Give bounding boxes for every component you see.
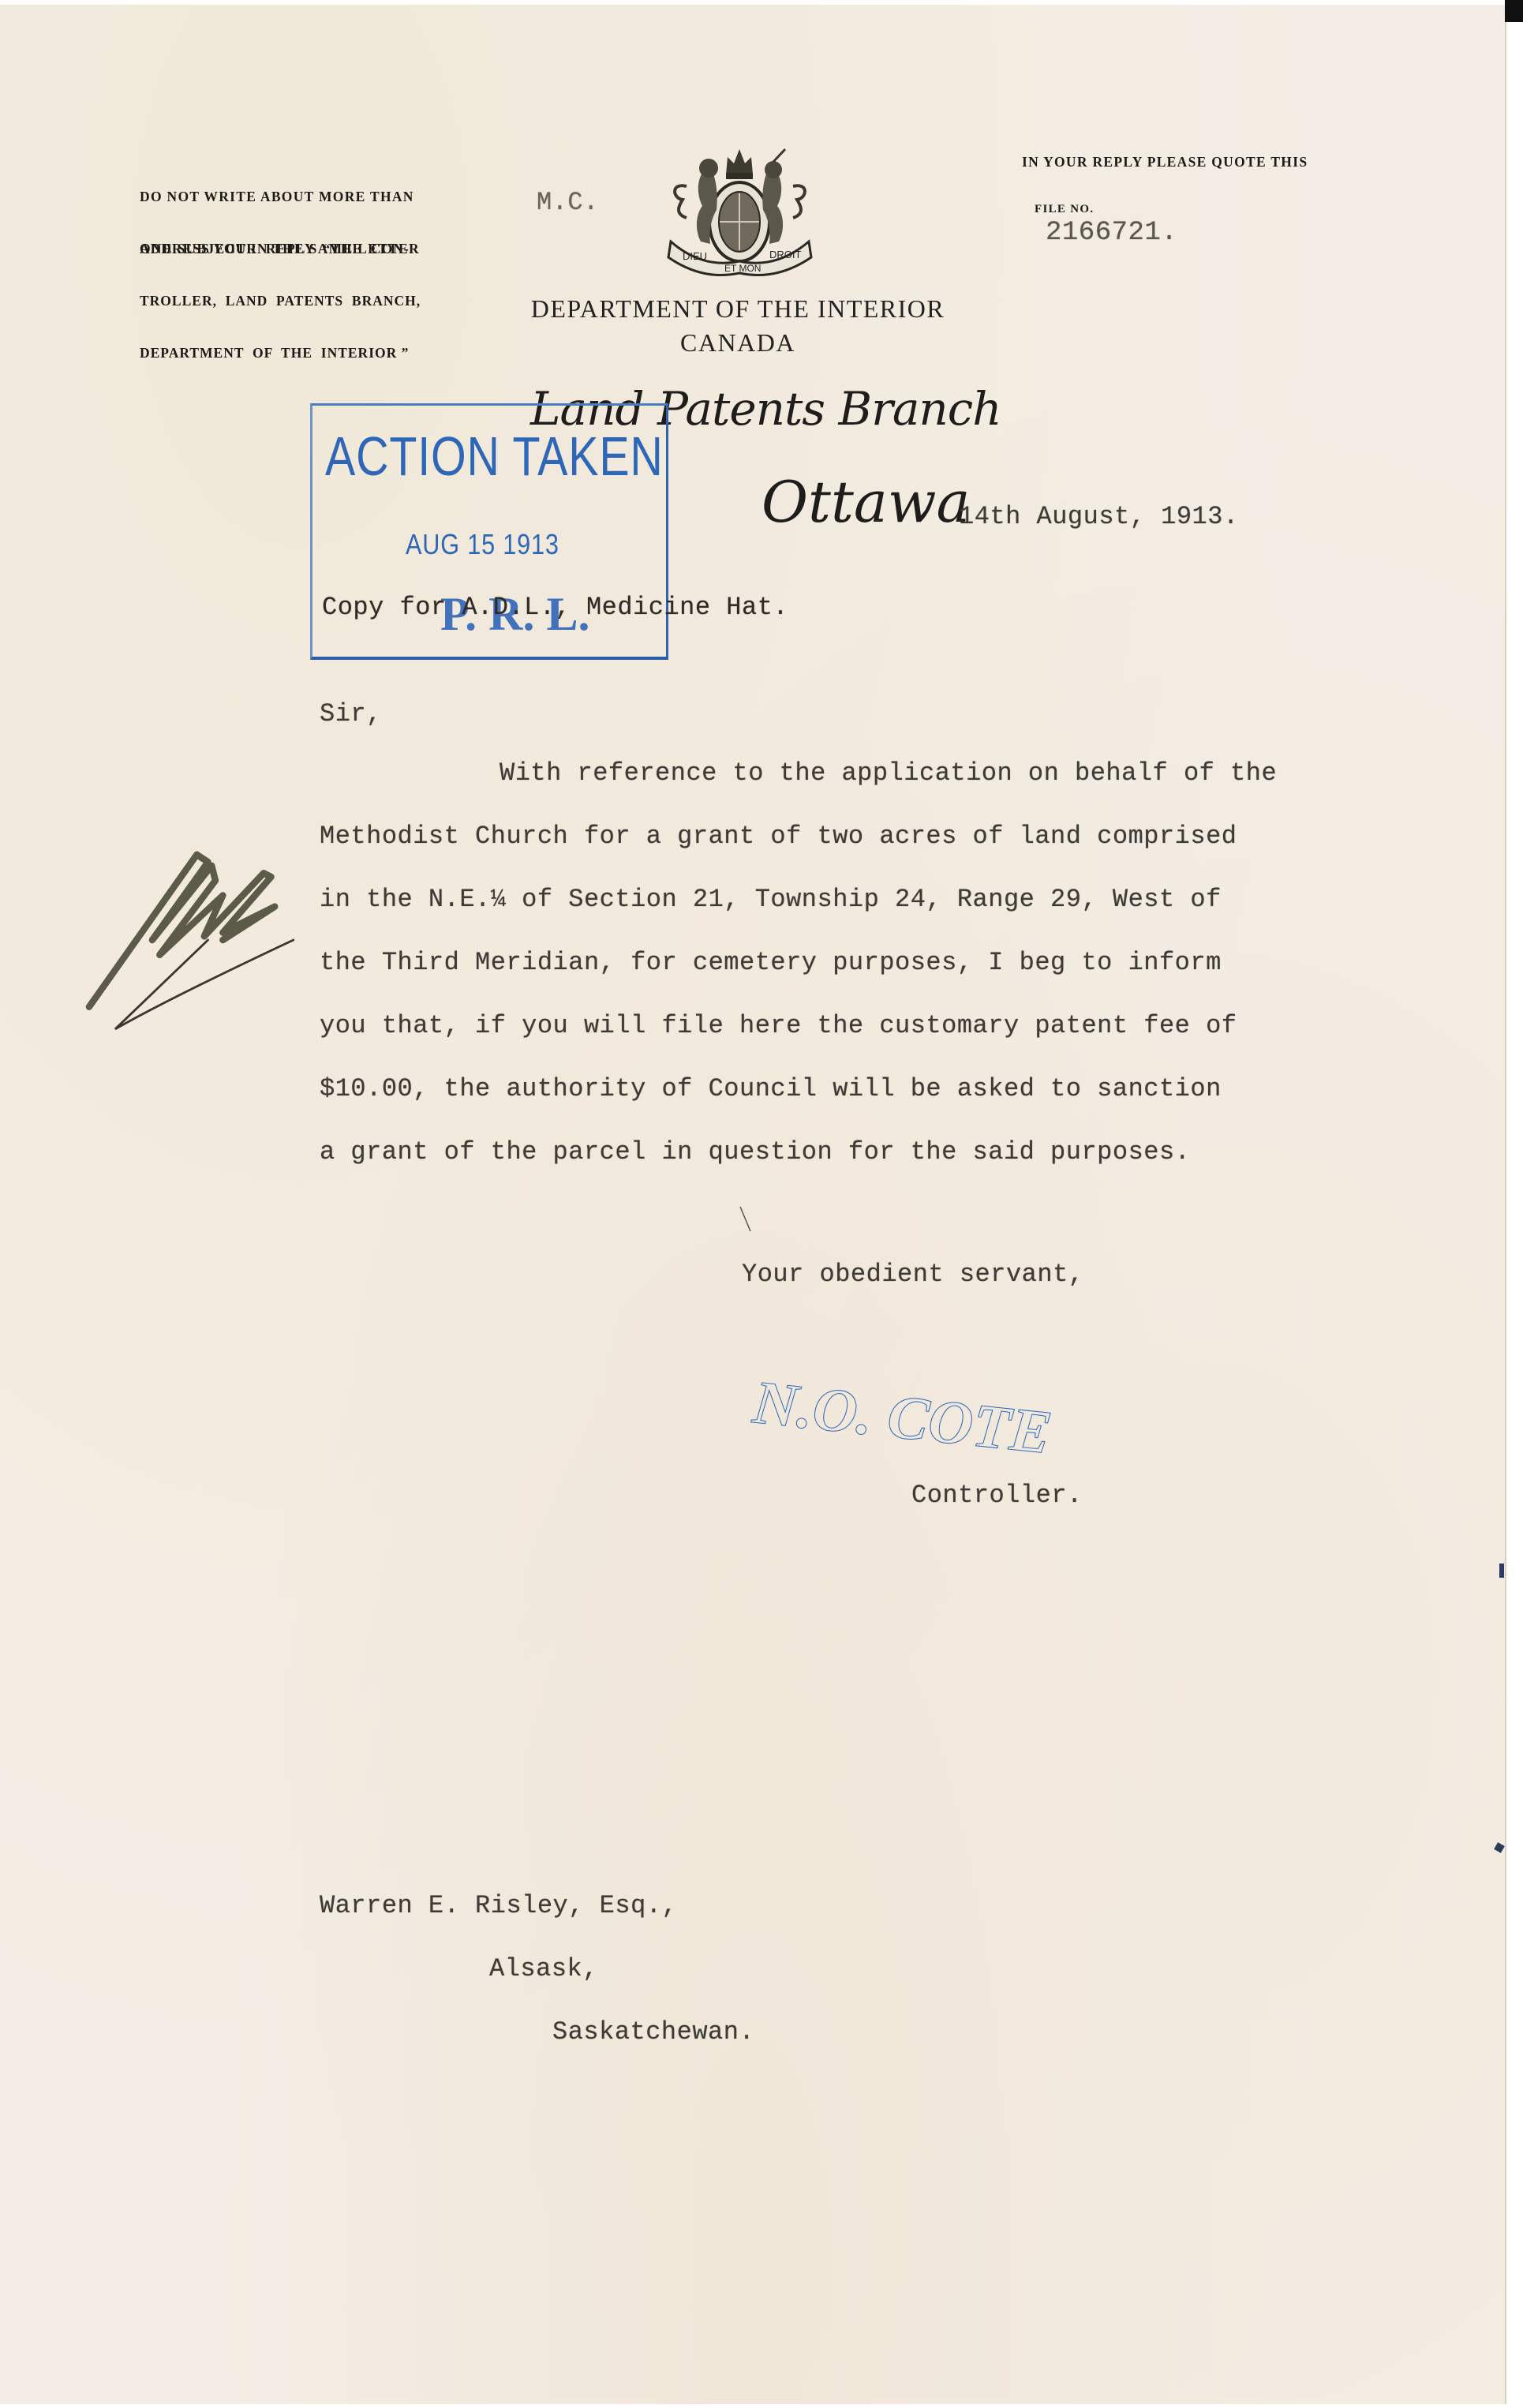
recipient-name: Warren E. Risley, Esq., [320, 1891, 677, 1920]
valediction: Your obedient servant, [742, 1260, 1083, 1289]
edge-mark [1499, 1564, 1504, 1578]
royal-coat-of-arms-icon: DIEU ET MON DROIT [655, 143, 825, 277]
body-line: $10.00, the authority of Council will be… [320, 1074, 1222, 1103]
left-address-instructions: ADDRESS YOUR REPLY “THE CON- TROLLER, LA… [140, 205, 421, 396]
file-label: FILE NO. [1035, 203, 1094, 215]
body-line: With reference to the application on beh… [500, 758, 1277, 788]
svg-text:DIEU: DIEU [683, 250, 707, 262]
body-line: you that, if you will file here the cust… [320, 1011, 1237, 1040]
dateline-date: 14th August, 1913. [959, 502, 1239, 531]
address-instruction-line: DEPARTMENT OF THE INTERIOR ” [140, 344, 421, 361]
salutation: Sir, [320, 699, 382, 728]
file-number-line: FILE NO. 2166721. [1022, 186, 1177, 262]
stamp-date: AUG 15 1913 [406, 528, 559, 561]
file-number: 2166721. [1046, 218, 1177, 248]
address-instruction-line: ADDRESS YOUR REPLY “THE CON- [140, 240, 421, 257]
country-title: CANADA [442, 328, 1034, 358]
recipient-town: Alsask, [489, 1954, 598, 1983]
stamp-title: ACTION TAKEN [325, 425, 664, 488]
right-notice: IN YOUR REPLY PLEASE QUOTE THIS [1022, 153, 1308, 170]
svg-text:ET MON: ET MON [724, 263, 761, 274]
body-line: in the N.E.¼ of Section 21, Township 24,… [320, 885, 1222, 914]
edge-mark [1494, 1842, 1505, 1853]
dateline-place: Ottawa [761, 469, 970, 535]
letter-page: DO NOT WRITE ABOUT MORE THAN ONE SUBJECT… [0, 5, 1506, 2404]
body-line: the Third Meridian, for cemetery purpose… [320, 948, 1222, 977]
body-line: Methodist Church for a grant of two acre… [320, 822, 1237, 851]
scan-corner-tab [1505, 0, 1523, 22]
address-instruction-line: TROLLER, LAND PATENTS BRANCH, [140, 292, 421, 309]
recipient-province: Saskatchewan. [552, 2017, 754, 2047]
svg-text:DROIT: DROIT [769, 249, 802, 260]
left-notice-line: DO NOT WRITE ABOUT MORE THAN [140, 188, 420, 205]
signatory-title: Controller. [911, 1481, 1083, 1510]
handwritten-initials-icon [63, 826, 316, 1054]
signature-stamp: N.O. COTE [750, 1366, 1055, 1468]
pencil-mark-icon [738, 1204, 754, 1236]
copy-line: Copy for A.D.L., Medicine Hat. [322, 593, 788, 622]
body-line: a grant of the parcel in question for th… [320, 1137, 1190, 1167]
reference-initials: M.C. [537, 188, 599, 217]
department-title: DEPARTMENT OF THE INTERIOR [442, 294, 1034, 324]
